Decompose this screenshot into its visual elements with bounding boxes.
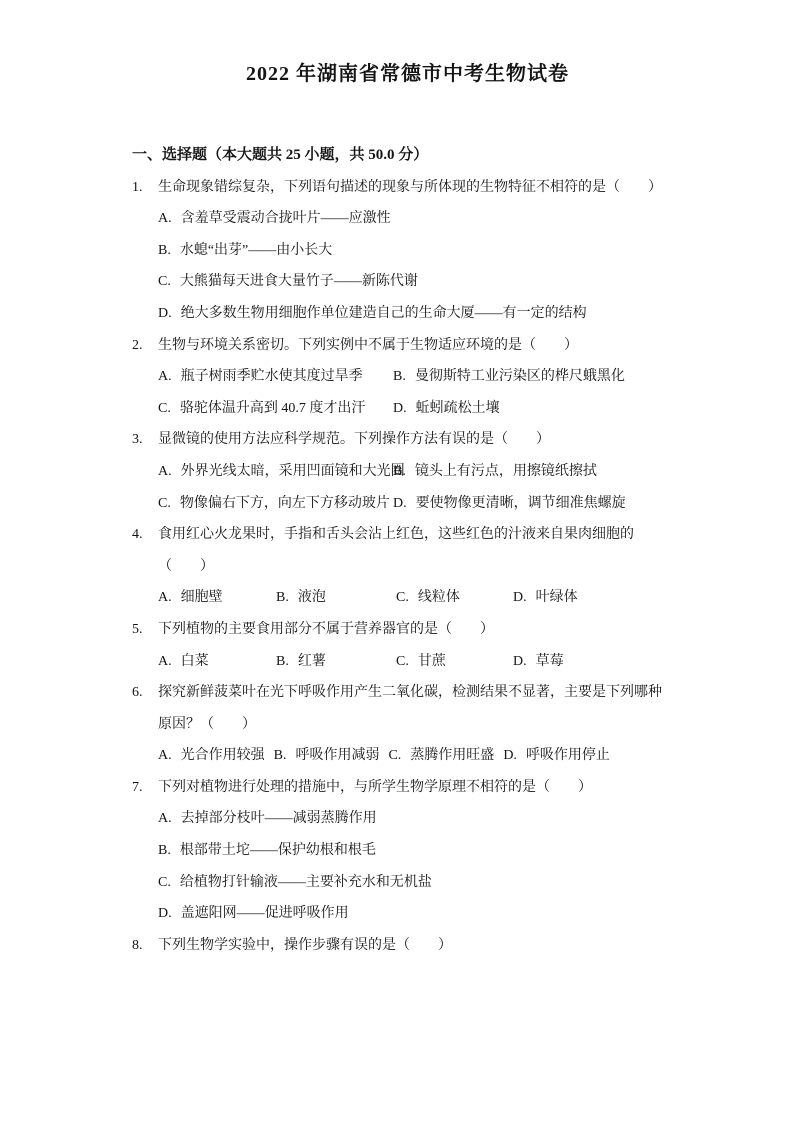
option-label: B. — [158, 243, 171, 258]
answer-option: D.蚯蚓疏松土壤 — [393, 393, 683, 425]
stem-line: 原因？（ ） — [158, 709, 683, 741]
option-label: B. — [276, 590, 289, 605]
option-text: 镜头上有污点，用擦镜纸擦拭 — [415, 464, 597, 479]
question-number: 2. — [132, 330, 158, 362]
stem-line: 下列植物的主要食用部分不属于营养器官的是（ ） — [158, 614, 683, 646]
question: 3. 显微镜的使用方法应科学规范。下列操作方法有误的是（ ） A.外界光线太暗，… — [132, 424, 683, 519]
option-text: 甘蔗 — [418, 654, 446, 669]
question-body: 生物与环境关系密切。下列实例中不属于生物适应环境的是（ ） A.瓶子树雨季贮水使… — [158, 330, 683, 425]
answer-option: C.给植物打针输液——主要补充水和无机盐 — [158, 867, 683, 899]
stem-line: （ ） — [158, 551, 683, 583]
option-text: 外界光线太暗，采用凹面镜和大光圈 — [181, 464, 405, 479]
answer-option: B.呼吸作用减弱 — [274, 740, 380, 772]
option-label: A. — [158, 654, 172, 669]
option-text: 含羞草受震动合拢叶片——应激性 — [181, 211, 391, 226]
option-label: B. — [393, 464, 406, 479]
option-text: 物像偏右下方，向左下方移动玻片 — [180, 496, 390, 511]
answer-option: C.骆驼体温升高到 40.7 度才出汗 — [158, 393, 393, 425]
stem-line: 探究新鲜菠菜叶在光下呼吸作用产生二氧化碳，检测结果不显著，主要是下列哪种 — [158, 677, 683, 709]
option-text: 大熊猫每天进食大量竹子——新陈代谢 — [180, 274, 418, 289]
question-body: 食用红心火龙果时，手指和舌头会沾上红色，这些红色的汁液来自果肉细胞的（ ） A.… — [158, 519, 683, 614]
question: 1. 生命现象错综复杂，下列语句描述的现象与所体现的生物特征不相符的是（ ） A… — [132, 172, 683, 330]
option-label: A. — [158, 748, 172, 763]
option-text: 呼吸作用停止 — [526, 748, 610, 763]
option-text: 叶绿体 — [536, 590, 578, 605]
option-label: C. — [158, 274, 171, 289]
answer-option: B.水螅“出芽”——由小长大 — [158, 235, 683, 267]
answer-option: D.叶绿体 — [513, 582, 683, 614]
answer-option: B.镜头上有污点，用擦镜纸擦拭 — [393, 456, 683, 488]
answer-option: C.甘蔗 — [396, 646, 513, 678]
answer-option: B.红薯 — [276, 646, 396, 678]
question-list: 1. 生命现象错综复杂，下列语句描述的现象与所体现的生物特征不相符的是（ ） A… — [132, 172, 683, 962]
answer-option: A.外界光线太暗，采用凹面镜和大光圈 — [158, 456, 393, 488]
answer-option: C.物像偏右下方，向左下方移动玻片 — [158, 488, 393, 520]
question-body: 下列植物的主要食用部分不属于营养器官的是（ ） A.白菜B.红薯C.甘蔗D.草莓 — [158, 614, 683, 677]
stem-line: 显微镜的使用方法应科学规范。下列操作方法有误的是（ ） — [158, 424, 683, 456]
answer-option: D.绝大多数生物用细胞作单位建造自己的生命大厦——有一定的结构 — [158, 298, 683, 330]
question-body: 生命现象错综复杂，下列语句描述的现象与所体现的生物特征不相符的是（ ） A.含羞… — [158, 172, 683, 330]
answer-option: C.蒸腾作用旺盛 — [388, 740, 494, 772]
section-header: 一、选择题（本大题共 25 小题，共 50.0 分） — [132, 140, 683, 172]
option-label: D. — [393, 401, 407, 416]
question: 6. 探究新鲜菠菜叶在光下呼吸作用产生二氧化碳，检测结果不显著，主要是下列哪种原… — [132, 677, 683, 772]
option-label: C. — [158, 496, 171, 511]
answer-option: D.草莓 — [513, 646, 683, 678]
question-number: 5. — [132, 614, 158, 646]
question-stem: 探究新鲜菠菜叶在光下呼吸作用产生二氧化碳，检测结果不显著，主要是下列哪种原因？（… — [158, 677, 683, 740]
option-text: 呼吸作用减弱 — [295, 748, 379, 763]
answer-option: B.曼彻斯特工业污染区的桦尺蛾黑化 — [393, 361, 683, 393]
answer-option: A.细胞壁 — [158, 582, 276, 614]
page-title: 2022 年湖南省常德市中考生物试卷 — [132, 58, 683, 90]
question-options: A.外界光线太暗，采用凹面镜和大光圈B.镜头上有污点，用擦镜纸擦拭C.物像偏右下… — [158, 456, 683, 519]
option-label: D. — [393, 496, 407, 511]
stem-line: 食用红心火龙果时，手指和舌头会沾上红色，这些红色的汁液来自果肉细胞的 — [158, 519, 683, 551]
option-label: C. — [396, 590, 409, 605]
option-label: D. — [513, 654, 527, 669]
stem-line: 下列生物学实验中，操作步骤有误的是（ ） — [158, 930, 683, 962]
option-label: D. — [513, 590, 527, 605]
option-label: C. — [396, 654, 409, 669]
answer-option: A.去掉部分枝叶——减弱蒸腾作用 — [158, 803, 683, 835]
answer-option: D.盖遮阳网——促进呼吸作用 — [158, 898, 683, 930]
question-number: 1. — [132, 172, 158, 204]
option-label: C. — [388, 748, 401, 763]
answer-option: D.要使物像更清晰，调节细准焦螺旋 — [393, 488, 683, 520]
question: 4. 食用红心火龙果时，手指和舌头会沾上红色，这些红色的汁液来自果肉细胞的（ ）… — [132, 519, 683, 614]
answer-option: C.线粒体 — [396, 582, 513, 614]
option-text: 光合作用较强 — [181, 748, 265, 763]
stem-line: 下列对植物进行处理的措施中，与所学生物学原理不相符的是（ ） — [158, 772, 683, 804]
option-text: 骆驼体温升高到 40.7 度才出汗 — [180, 401, 366, 416]
option-label: B. — [274, 748, 287, 763]
question-number: 4. — [132, 519, 158, 551]
option-text: 盖遮阳网——促进呼吸作用 — [181, 906, 349, 921]
option-text: 水螅“出芽”——由小长大 — [180, 243, 332, 258]
option-text: 蒸腾作用旺盛 — [410, 748, 494, 763]
option-text: 液泡 — [298, 590, 326, 605]
question-stem: 显微镜的使用方法应科学规范。下列操作方法有误的是（ ） — [158, 424, 683, 456]
option-label: A. — [158, 369, 172, 384]
option-text: 要使物像更清晰，调节细准焦螺旋 — [416, 496, 626, 511]
question: 2. 生物与环境关系密切。下列实例中不属于生物适应环境的是（ ） A.瓶子树雨季… — [132, 330, 683, 425]
question-body: 下列生物学实验中，操作步骤有误的是（ ） — [158, 930, 683, 962]
option-text: 红薯 — [298, 654, 326, 669]
question-number: 3. — [132, 424, 158, 456]
answer-option: A.瓶子树雨季贮水使其度过旱季 — [158, 361, 393, 393]
question-options: A.含羞草受震动合拢叶片——应激性B.水螅“出芽”——由小长大C.大熊猫每天进食… — [158, 203, 683, 329]
option-label: B. — [276, 654, 289, 669]
option-label: A. — [158, 464, 172, 479]
option-label: A. — [158, 211, 172, 226]
question-body: 下列对植物进行处理的措施中，与所学生物学原理不相符的是（ ） A.去掉部分枝叶—… — [158, 772, 683, 930]
option-text: 给植物打针输液——主要补充水和无机盐 — [180, 875, 432, 890]
option-text: 草莓 — [536, 654, 564, 669]
stem-line: 生物与环境关系密切。下列实例中不属于生物适应环境的是（ ） — [158, 330, 683, 362]
answer-option: B.液泡 — [276, 582, 396, 614]
option-label: D. — [158, 306, 172, 321]
question-stem: 生物与环境关系密切。下列实例中不属于生物适应环境的是（ ） — [158, 330, 683, 362]
question-options: A.光合作用较强B.呼吸作用减弱C.蒸腾作用旺盛D.呼吸作用停止 — [158, 740, 683, 772]
answer-option: B.根部带土坨——保护幼根和根毛 — [158, 835, 683, 867]
answer-option: C.大熊猫每天进食大量竹子——新陈代谢 — [158, 266, 683, 298]
option-label: D. — [158, 906, 172, 921]
option-text: 细胞壁 — [181, 590, 223, 605]
option-text: 曼彻斯特工业污染区的桦尺蛾黑化 — [415, 369, 625, 384]
option-text: 根部带土坨——保护幼根和根毛 — [180, 843, 376, 858]
option-text: 线粒体 — [418, 590, 460, 605]
question-options: A.白菜B.红薯C.甘蔗D.草莓 — [158, 646, 683, 678]
question-options: A.瓶子树雨季贮水使其度过旱季B.曼彻斯特工业污染区的桦尺蛾黑化C.骆驼体温升高… — [158, 361, 683, 424]
option-text: 蚯蚓疏松土壤 — [416, 401, 500, 416]
question: 8. 下列生物学实验中，操作步骤有误的是（ ） — [132, 930, 683, 962]
option-text: 瓶子树雨季贮水使其度过旱季 — [181, 369, 363, 384]
option-label: B. — [393, 369, 406, 384]
question: 5. 下列植物的主要食用部分不属于营养器官的是（ ） A.白菜B.红薯C.甘蔗D… — [132, 614, 683, 677]
option-label: A. — [158, 590, 172, 605]
option-label: A. — [158, 811, 172, 826]
question-stem: 下列生物学实验中，操作步骤有误的是（ ） — [158, 930, 683, 962]
question-number: 8. — [132, 930, 158, 962]
question-stem: 下列植物的主要食用部分不属于营养器官的是（ ） — [158, 614, 683, 646]
option-label: B. — [158, 843, 171, 858]
question-number: 7. — [132, 772, 158, 804]
question: 7. 下列对植物进行处理的措施中，与所学生物学原理不相符的是（ ） A.去掉部分… — [132, 772, 683, 930]
question-options: A.细胞壁B.液泡C.线粒体D.叶绿体 — [158, 582, 683, 614]
answer-option: A.含羞草受震动合拢叶片——应激性 — [158, 203, 683, 235]
exam-page: 2022 年湖南省常德市中考生物试卷 一、选择题（本大题共 25 小题，共 50… — [0, 0, 793, 1122]
question-stem: 食用红心火龙果时，手指和舌头会沾上红色，这些红色的汁液来自果肉细胞的（ ） — [158, 519, 683, 582]
option-text: 白菜 — [181, 654, 209, 669]
answer-option: D.呼吸作用停止 — [503, 740, 610, 772]
option-text: 绝大多数生物用细胞作单位建造自己的生命大厦——有一定的结构 — [181, 306, 587, 321]
option-text: 去掉部分枝叶——减弱蒸腾作用 — [181, 811, 377, 826]
question-stem: 下列对植物进行处理的措施中，与所学生物学原理不相符的是（ ） — [158, 772, 683, 804]
stem-line: 生命现象错综复杂，下列语句描述的现象与所体现的生物特征不相符的是（ ） — [158, 172, 683, 204]
answer-option: A.光合作用较强 — [158, 740, 265, 772]
question-options: A.去掉部分枝叶——减弱蒸腾作用B.根部带土坨——保护幼根和根毛C.给植物打针输… — [158, 803, 683, 929]
option-label: C. — [158, 875, 171, 890]
answer-option: A.白菜 — [158, 646, 276, 678]
question-body: 探究新鲜菠菜叶在光下呼吸作用产生二氧化碳，检测结果不显著，主要是下列哪种原因？（… — [158, 677, 683, 772]
question-stem: 生命现象错综复杂，下列语句描述的现象与所体现的生物特征不相符的是（ ） — [158, 172, 683, 204]
question-number: 6. — [132, 677, 158, 709]
question-body: 显微镜的使用方法应科学规范。下列操作方法有误的是（ ） A.外界光线太暗，采用凹… — [158, 424, 683, 519]
option-label: D. — [503, 748, 517, 763]
option-label: C. — [158, 401, 171, 416]
